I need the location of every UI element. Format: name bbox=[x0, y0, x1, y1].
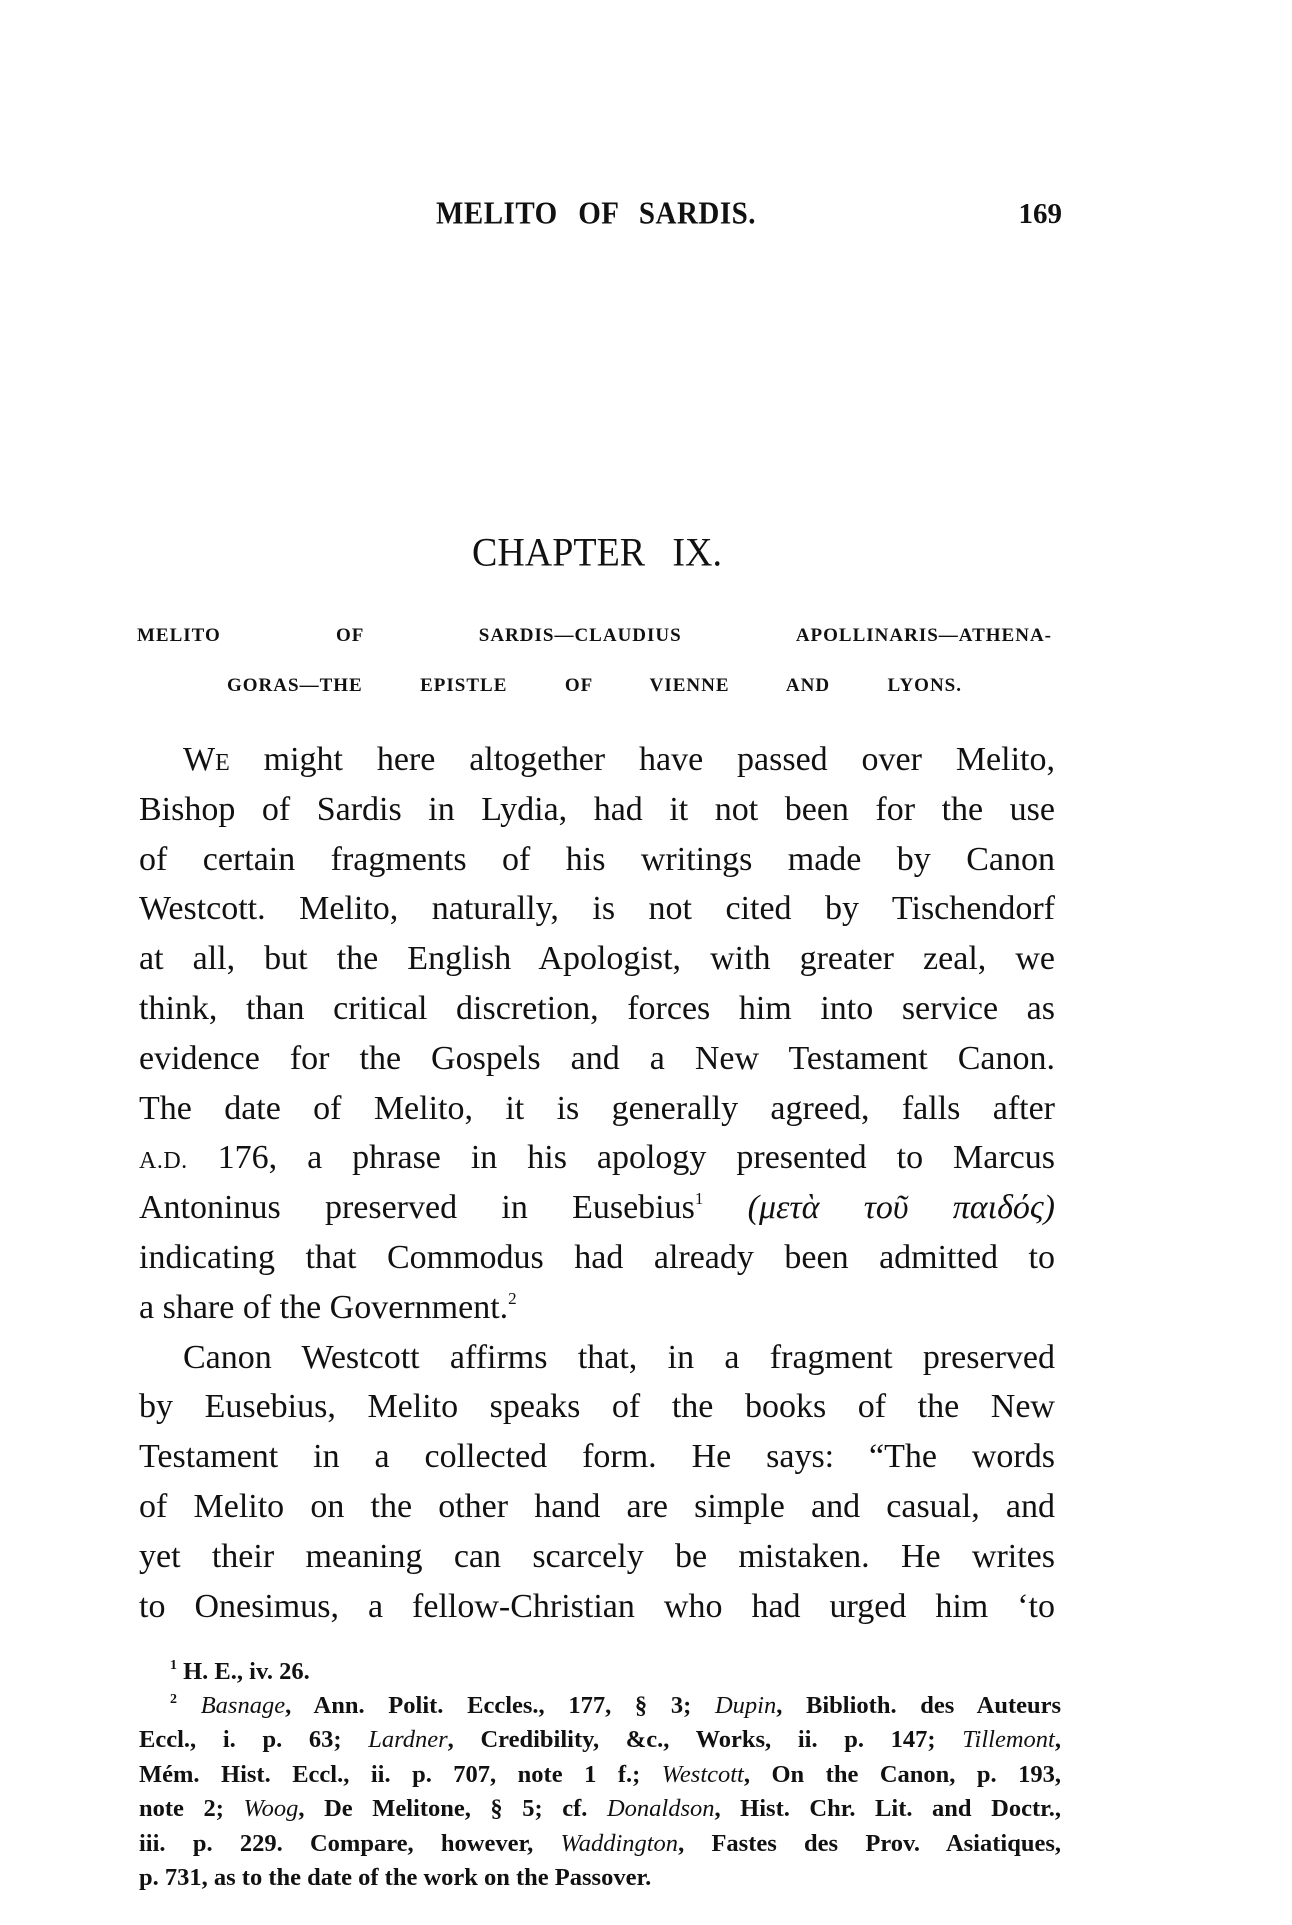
body-line: The date of Melito, it is generally agre… bbox=[139, 1092, 1055, 1126]
opening-small-caps: We bbox=[183, 741, 230, 778]
chapter-subtitle-line-1: MELITO OF SARDIS—CLAUDIUS APOLLINARIS—AT… bbox=[137, 626, 1052, 645]
chapter-subtitle-line-2: GORAS—THE EPISTLE OF VIENNE AND LYONS. bbox=[227, 676, 962, 695]
body-line: of Melito on the other hand are simple a… bbox=[139, 1490, 1055, 1524]
body-line: a share of the Government.2 bbox=[139, 1291, 1055, 1325]
footnote-2-line: note 2; Woog, De Melitone, § 5; cf. Dona… bbox=[139, 1797, 1061, 1822]
footnote-2-line: 2 Basnage, Ann. Polit. Eccles., 177, § 3… bbox=[170, 1694, 1061, 1719]
footnote-mark-1: 1 bbox=[170, 1658, 177, 1673]
ad-label: A.D. bbox=[139, 1148, 188, 1174]
footnote-2-line: iii. p. 229. Compare, however, Waddingto… bbox=[139, 1832, 1061, 1857]
running-title: MELITO OF SARDIS. bbox=[436, 199, 756, 230]
body-line: of certain fragments of his writings mad… bbox=[139, 843, 1055, 877]
body-line: to Onesimus, a fellow-Christian who had … bbox=[139, 1590, 1055, 1624]
body-line: at all, but the English Apologist, with … bbox=[139, 942, 1055, 976]
footnote-mark-2: 2 bbox=[170, 1692, 177, 1707]
chapter-title: CHAPTER IX. bbox=[472, 533, 722, 573]
body-line: indicating that Commodus had already bee… bbox=[139, 1241, 1055, 1275]
greek-phrase: (μετὰ τοῦ παιδός) bbox=[748, 1189, 1055, 1226]
footnote-2-line: Eccl., i. p. 63; Lardner, Credibility, &… bbox=[139, 1728, 1061, 1753]
body-line: think, than critical discretion, forces … bbox=[139, 992, 1055, 1026]
body-line: Bishop of Sardis in Lydia, had it not be… bbox=[139, 793, 1055, 827]
page-number: 169 bbox=[1010, 200, 1062, 229]
body-line: Antoninus preserved in Eusebius1 (μετὰ τ… bbox=[139, 1191, 1055, 1225]
footnote-ref-2[interactable]: 2 bbox=[508, 1289, 517, 1308]
footnote-1: 1 H. E., iv. 26. bbox=[170, 1660, 1061, 1685]
footnote-2-line: Mém. Hist. Eccl., ii. p. 707, note 1 f.;… bbox=[139, 1763, 1061, 1788]
body-line: Testament in a collected form. He says: … bbox=[139, 1440, 1055, 1474]
body-line: evidence for the Gospels and a New Testa… bbox=[139, 1042, 1055, 1076]
footnote-ref-1[interactable]: 1 bbox=[695, 1189, 704, 1208]
body-line: by Eusebius, Melito speaks of the books … bbox=[139, 1390, 1055, 1424]
body-line: Canon Westcott affirms that, in a fragme… bbox=[183, 1341, 1055, 1375]
body-line: A.D. 176, a phrase in his apology presen… bbox=[139, 1141, 1055, 1175]
book-page: MELITO OF SARDIS. 169 CHAPTER IX. MELITO… bbox=[0, 0, 1292, 1925]
body-line: Westcott. Melito, naturally, is not cite… bbox=[139, 892, 1055, 926]
body-line: We might here altogether have passed ove… bbox=[183, 743, 1055, 777]
footnote-2-line: p. 731, as to the date of the work on th… bbox=[139, 1866, 1061, 1891]
body-line: yet their meaning can scarcely be mistak… bbox=[139, 1540, 1055, 1574]
